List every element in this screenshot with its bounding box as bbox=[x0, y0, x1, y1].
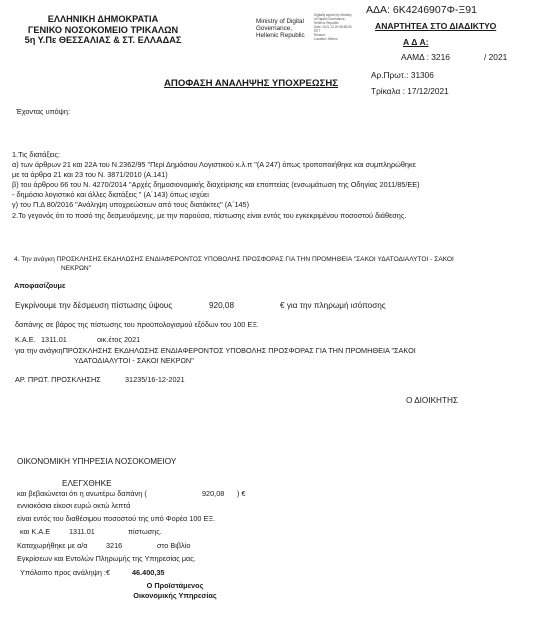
purpose-line1: για την ανάγκηΠΡΟΣΚΛΗΣΗΣ ΕΚΔΗΛΩΣΗΣ ΕΝΔΙΑ… bbox=[15, 346, 416, 355]
director-signatory: Ο ΔΙΟΙΚΗΤΗΣ bbox=[406, 396, 458, 406]
provision-line: α) των άρθρων 21 και 22Α του Ν.2362/95 "… bbox=[12, 160, 420, 170]
issuing-authority: ΕΛΛΗΝΙΚΗ ΔΗΜΟΚΡΑΤΙΑ ΓΕΝΙΚΟ ΝΟΣΟΚΟΜΕΙΟ ΤΡ… bbox=[18, 14, 188, 46]
fiscal-year: οικ.έτος 2021 bbox=[97, 335, 140, 344]
balance-label: Υπόλοιπο προς ανάληψη :€ bbox=[20, 568, 110, 577]
invitation-reference: 31235/16-12-2021 bbox=[125, 375, 185, 384]
book-label: στο Βιβλίο bbox=[157, 541, 190, 550]
provision-line: με τα άρθρα 21 και 23 του Ν. 3871/2010 (… bbox=[12, 170, 420, 180]
aamd-year: / 2021 bbox=[484, 52, 507, 62]
signature-org-line: Governance, bbox=[256, 25, 305, 32]
provision-line: 1.Τις διατάξεις: bbox=[12, 150, 420, 160]
signature-org-line: Ministry of Digital bbox=[256, 18, 305, 25]
credit-word: πίστωσης. bbox=[128, 527, 162, 536]
provision-line: - δημόσιο λογιστικό και άλλες διατάξεις … bbox=[12, 190, 420, 200]
kae-code: 1311.01 bbox=[41, 335, 67, 344]
authority-line: ΕΛΛΗΝΙΚΗ ΔΗΜΟΚΡΑΤΙΑ bbox=[18, 14, 188, 25]
provision-line: β) του άρθρου 66 του Ν. 4270/2014 "Αρχές… bbox=[12, 180, 420, 190]
invitation-label: ΑΡ. ΠΡΩΤ. ΠΡΟΣΚΛΗΣΗΣ bbox=[15, 375, 101, 384]
budget-line: δαπάνης σε βάρος της πίστωσης του προϋπο… bbox=[15, 320, 259, 329]
certified-amount: 920,08 bbox=[202, 489, 224, 498]
certify-suffix: ) € bbox=[237, 489, 246, 498]
digital-signature-issuer: Ministry of Digital Governance, Hellenic… bbox=[256, 18, 305, 39]
amount-in-words: εννιακόσια είκοσι ευρώ οκτώ λεπτά bbox=[17, 501, 130, 510]
head-of-finance: Ο Προϊστάμενος Οικονομικής Υπηρεσίας bbox=[115, 581, 235, 601]
finance-kae-code: 1311.01 bbox=[69, 527, 95, 536]
decision-heading: Αποφασίζουμε bbox=[14, 281, 65, 290]
head-title-line2: Οικονομικής Υπηρεσίας bbox=[115, 591, 235, 601]
approve-suffix: € για την πληρωμή ισόποσης bbox=[280, 301, 386, 311]
post-online-notice: ΑΝΑΡΤΗΤΕΑ ΣΤΟ ΔΙΑΔΙΚΤΥΟ bbox=[375, 21, 496, 31]
checked-stamp: ΕΛΕΓΧΘΗΚΕ bbox=[62, 479, 112, 489]
finance-kae-label: και Κ.Α.Ε bbox=[20, 527, 50, 536]
approved-amount: 920,08 bbox=[209, 301, 234, 311]
authority-line: 5η Υ.Πε ΘΕΣΣΑΛΙΑΣ & ΣΤ. ΕΛΛΑΔΑΣ bbox=[18, 35, 188, 46]
place-date: Τρίκαλα : 17/12/2021 bbox=[371, 86, 449, 96]
signature-org-line: Hellenic Republic bbox=[256, 32, 305, 39]
purpose-line2: ΥΔΑΤΟΔΙΑΛΥΤΟΙ - ΣΑΚΟΙ ΝΕΚΡΩΝ" bbox=[74, 356, 194, 365]
provision-line: γ) του Π.Δ 80/2016 "Ανάληψη υποχρεώσεων … bbox=[12, 200, 420, 210]
ada-code: ΑΔΑ: 6Κ4246907Φ-Ξ91 bbox=[366, 4, 477, 16]
kae-label: Κ.Α.Ε. bbox=[15, 335, 36, 344]
registered-number: 3216 bbox=[106, 541, 122, 550]
protocol-number: Αρ.Πρωτ.: 31306 bbox=[371, 70, 434, 80]
ada-label: Α Δ Α: bbox=[403, 37, 429, 47]
provisions-list: 1.Τις διατάξεις: α) των άρθρων 21 και 22… bbox=[12, 150, 420, 221]
signature-cert-line: Location: Athens bbox=[314, 37, 352, 41]
certify-label: και βεβαιώνεται ότι η ανωτέρω δαπάνη ( bbox=[17, 489, 147, 498]
approve-label: Εγκρίνουμε την δέσμευση πίστωσης ύψους bbox=[15, 301, 172, 311]
registered-label: Καταχωρήθηκε με α/α bbox=[17, 541, 88, 550]
provision-line: 2.Το γεγονός ότι το ποσό της δεσμευόμενη… bbox=[12, 211, 420, 221]
need-statement-line1: 4. Την ανάγκη ΠΡΟΣΚΛΗΣΗΣ ΕΚΔΗΛΩΣΗΣ ΕΝΔΙΑ… bbox=[14, 256, 454, 264]
authority-line: ΓΕΝΙΚΟ ΝΟΣΟΚΟΜΕΙΟ ΤΡΙΚΑΛΩΝ bbox=[18, 25, 188, 36]
within-percentage-line: είναι εντός του διαθέσιμου ποσοστού της … bbox=[17, 514, 215, 523]
need-statement-line2: ΝΕΚΡΩΝ" bbox=[61, 265, 91, 273]
balance-value: 46.400,35 bbox=[132, 568, 164, 577]
aamd-number: ΑΑΜΔ : 3216 bbox=[401, 52, 450, 62]
finance-department: ΟΙΚΟΝΟΜΙΚΗ ΥΠΗΡΕΣΙΑ ΝΟΣΟΚΟΜΕΙΟΥ bbox=[17, 457, 176, 467]
book-line2: Εγκρίσεων και Εντολών Πληρωμής της Υπηρε… bbox=[17, 554, 196, 563]
digital-signature-stamp: Digitally signed by Ministry of Digital … bbox=[314, 13, 352, 41]
document-title: ΑΠΟΦΑΣΗ ΑΝΑΛΗΨΗΣ ΥΠΟΧΡΕΩΣΗΣ bbox=[164, 78, 338, 89]
considering-heading: Έχοντας υπόψη: bbox=[16, 107, 70, 116]
head-title-line1: Ο Προϊστάμενος bbox=[115, 581, 235, 591]
